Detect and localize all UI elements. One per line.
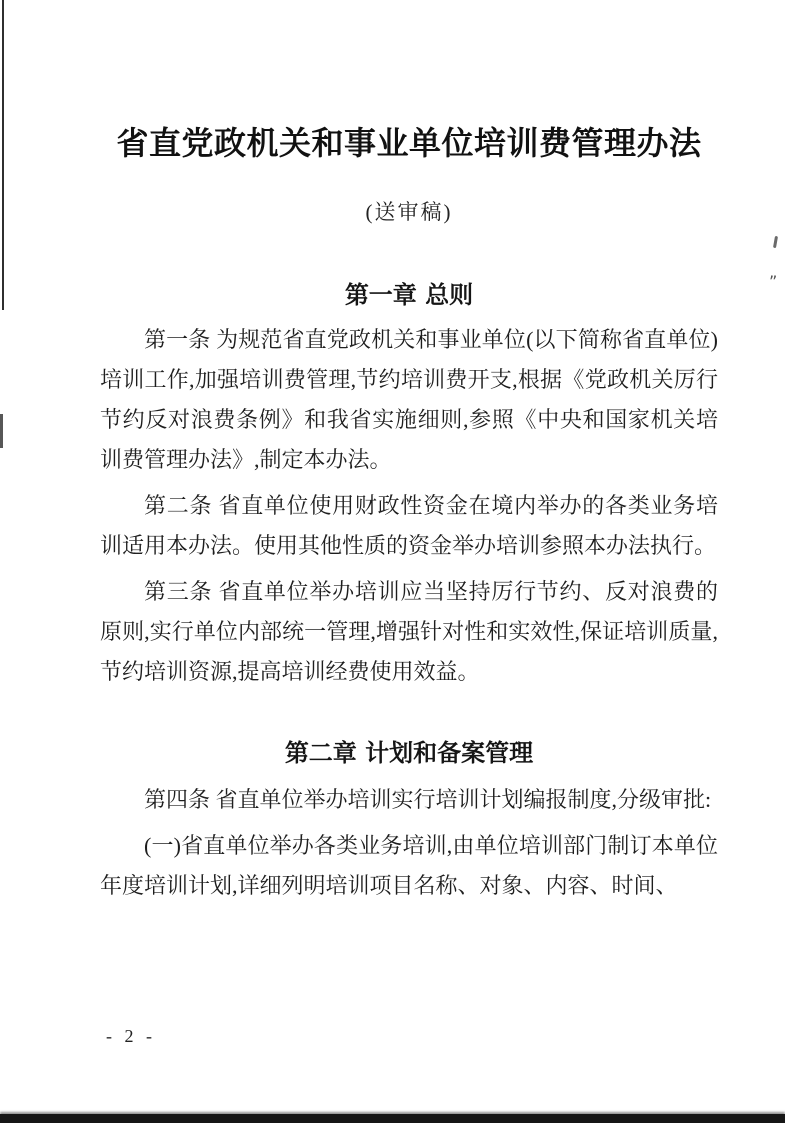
chapter-2-body: 第四条 省直单位举办培训实行培训计划编报制度,分级审批: (一)省直单位举办各类…: [100, 780, 718, 906]
document-content: 省直党政机关和事业单位培训费管理办法 (送审稿) 第一章 总则 第一条 为规范省…: [100, 0, 718, 912]
chapter-1-heading: 第一章 总则: [100, 280, 718, 310]
article-3-paragraph: 第三条 省直单位举办培训应当坚持厉行节约、反对浪费的原则,实行单位内部统一管理,…: [100, 572, 718, 692]
page-number: - 2 -: [106, 1026, 156, 1047]
scan-artifact-bottom-bar: [0, 1114, 785, 1123]
document-title: 省直党政机关和事业单位培训费管理办法: [100, 120, 718, 166]
document-subtitle: (送审稿): [100, 198, 718, 226]
article-4-paragraph: 第四条 省直单位举办培训实行培训计划编报制度,分级审批:: [100, 780, 718, 820]
chapter-1-body: 第一条 为规范省直党政机关和事业单位(以下简称省直单位)培训工作,加强培训费管理…: [100, 320, 718, 692]
article-1-paragraph: 第一条 为规范省直党政机关和事业单位(以下简称省直单位)培训工作,加强培训费管理…: [100, 320, 718, 480]
item-1-paragraph: (一)省直单位举办各类业务培训,由单位培训部门制订本单位年度培训计划,详细列明培…: [100, 826, 718, 906]
scanned-document-page: ” 省直党政机关和事业单位培训费管理办法 (送审稿) 第一章 总则 第一条 为规…: [0, 0, 785, 1123]
scan-artifact-right-speck: [773, 236, 778, 248]
scan-artifact-left-mark: [0, 414, 3, 448]
scan-artifact-right-speck: ”: [769, 277, 777, 286]
article-2-paragraph: 第二条 省直单位使用财政性资金在境内举办的各类业务培训适用本办法。使用其他性质的…: [100, 486, 718, 566]
scan-artifact-left-line: [2, 0, 4, 310]
chapter-2-heading: 第二章 计划和备案管理: [100, 738, 718, 768]
